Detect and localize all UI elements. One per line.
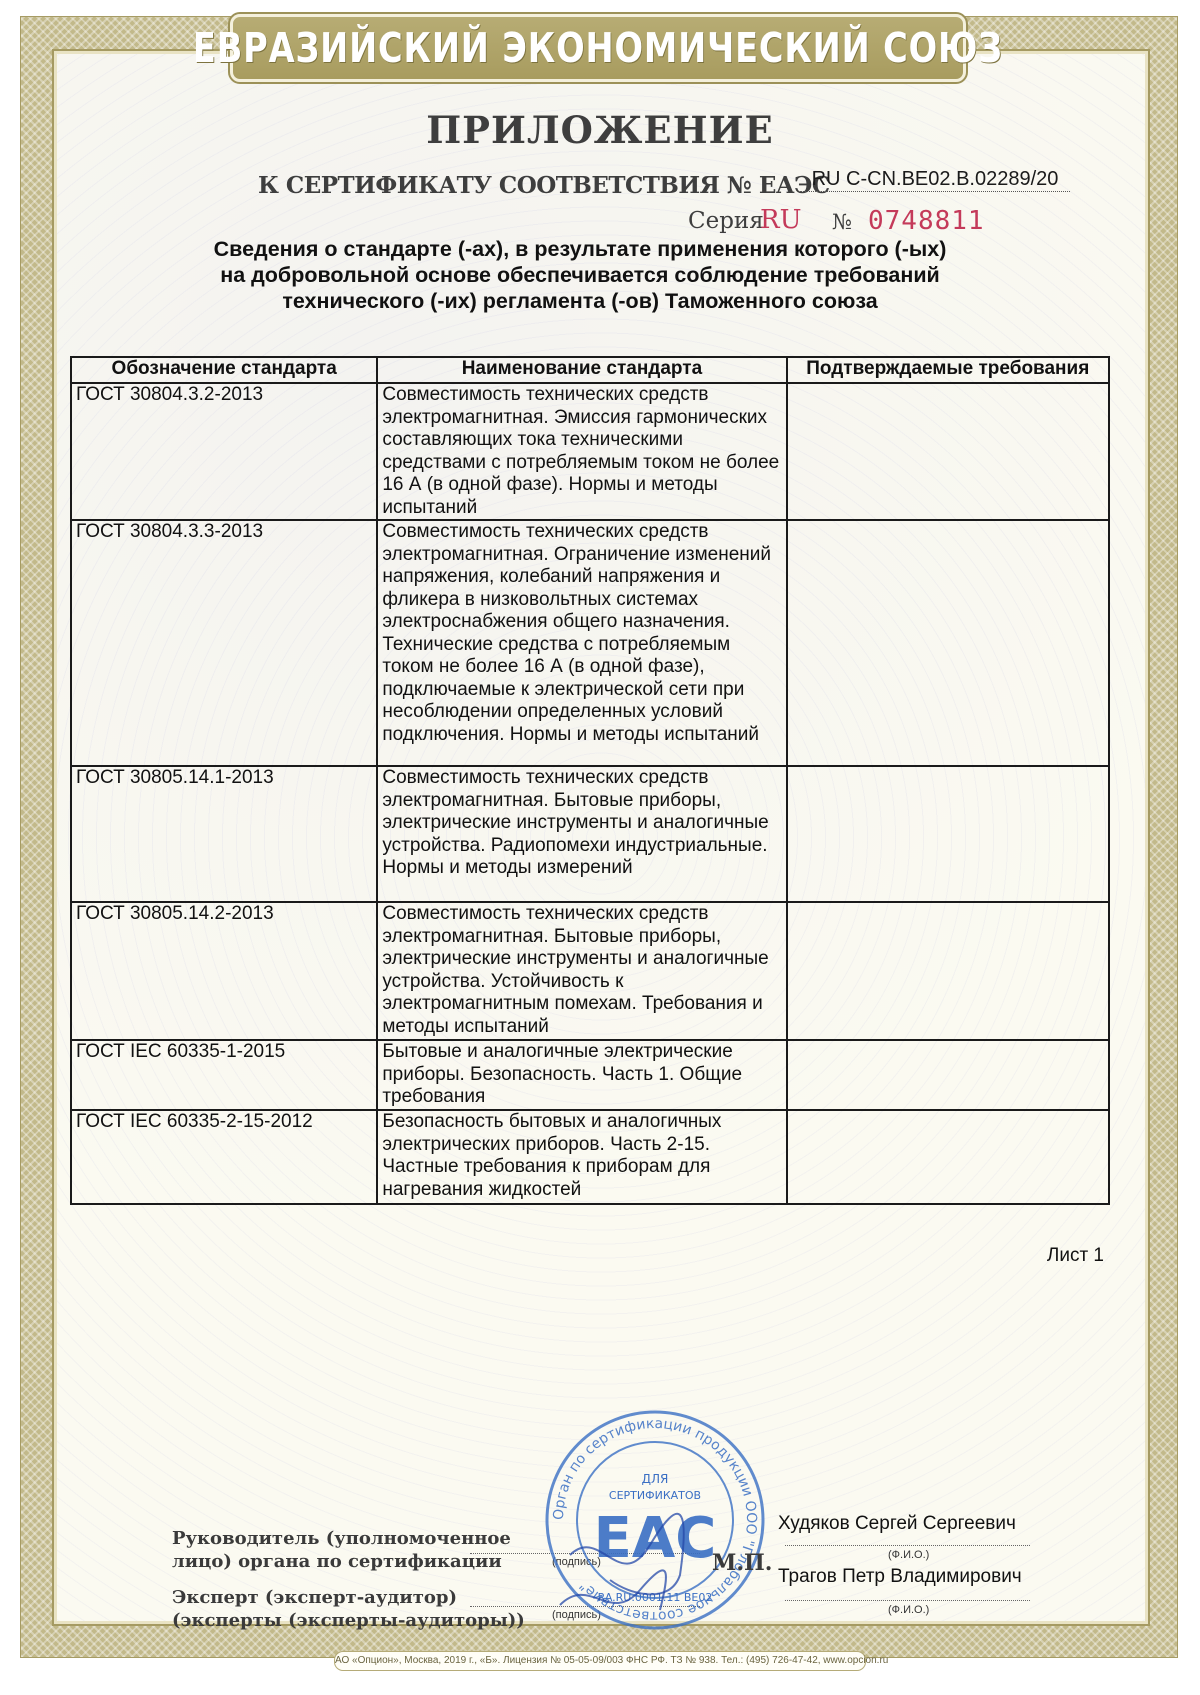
standard-name: Безопасность бытовых и аналогичных элект… (377, 1110, 786, 1204)
head-label-line: Руководитель (уполномоченное (172, 1527, 511, 1550)
standard-designation: ГОСТ IEC 60335-2-15-2012 (71, 1110, 377, 1204)
confirmed-requirements (787, 766, 1110, 902)
head-name-caption: (Ф.И.О.) (888, 1549, 929, 1561)
sheet-number: Лист 1 (1047, 1245, 1104, 1267)
confirmed-requirements (787, 383, 1110, 520)
column-header-name: Наименование стандарта (377, 357, 786, 383)
confirmed-requirements (787, 902, 1110, 1040)
stamp-inner-mid: СЕРТИФИКАТОВ (609, 1489, 701, 1502)
standard-designation: ГОСТ 30805.14.2-2013 (71, 902, 377, 1040)
series-label: Серия (688, 208, 764, 234)
appendix-title: ПРИЛОЖЕНИЕ (0, 108, 1200, 152)
head-label: Руководитель (уполномоченное лицо) орган… (172, 1527, 511, 1573)
number-label: № (832, 210, 852, 234)
table-header-row: Обозначение стандарта Наименование станд… (71, 357, 1109, 383)
standard-name: Бытовые и аналогичные электрические приб… (377, 1040, 786, 1110)
standard-designation: ГОСТ 30804.3.2-2013 (71, 383, 377, 520)
expert-name-caption: (Ф.И.О.) (888, 1604, 929, 1616)
standard-name: Совместимость технических средств электр… (377, 766, 786, 902)
intro-text: Сведения о стандарте (-ах), в результате… (150, 236, 1010, 314)
head-name: Худяков Сергей Сергеевич (778, 1513, 1016, 1535)
standard-name: Совместимость технических средств электр… (377, 902, 786, 1040)
table-row: ГОСТ 30804.3.2-2013 Совместимость технич… (71, 383, 1109, 520)
standard-designation: ГОСТ 30804.3.3-2013 (71, 520, 377, 766)
union-banner: ЕВРАЗИЙСКИЙ ЭКОНОМИЧЕСКИЙ СОЮЗ (230, 14, 966, 82)
expert-label-line: (эксперты (эксперты-аудиторы)) (172, 1609, 525, 1632)
printer-imprint: АО «Опцион», Москва, 2019 г., «Б». Лицен… (334, 1651, 866, 1671)
certification-stamp: Орган по сертификации продукции ООО "Гло… (540, 1405, 770, 1635)
confirmed-requirements (787, 520, 1110, 766)
expert-name-line (785, 1600, 1030, 1601)
table-row: ГОСТ 30804.3.3-2013 Совместимость технич… (71, 520, 1109, 766)
intro-line: на добровольной основе обеспечивается со… (150, 262, 1010, 288)
certificate-prefix: К СЕРТИФИКАТУ СООТВЕТСТВИЯ № ЕАЭС (258, 172, 830, 199)
head-name-line (785, 1545, 1030, 1546)
intro-line: Сведения о стандарте (-ах), в результате… (150, 236, 1010, 262)
expert-name: Трагов Петр Владимирович (778, 1566, 1022, 1588)
confirmed-requirements (787, 1110, 1110, 1204)
table-row: ГОСТ IEC 60335-1-2015 Бытовые и аналогич… (71, 1040, 1109, 1110)
standard-designation: ГОСТ IEC 60335-1-2015 (71, 1040, 377, 1110)
certificate-number: RU C-CN.BE02.B.02289/20 (800, 168, 1070, 192)
union-title: ЕВРАЗИЙСКИЙ ЭКОНОМИЧЕСКИЙ СОЮЗ (193, 24, 1003, 72)
column-header-requirements: Подтверждаемые требования (787, 357, 1110, 383)
series-value: RU (760, 205, 802, 235)
table-row: ГОСТ 30805.14.2-2013 Совместимость техни… (71, 902, 1109, 1040)
standard-designation: ГОСТ 30805.14.1-2013 (71, 766, 377, 902)
confirmed-requirements (787, 1040, 1110, 1110)
standard-name: Совместимость технических средств электр… (377, 383, 786, 520)
table-row: ГОСТ 30805.14.1-2013 Совместимость техни… (71, 766, 1109, 902)
standard-name: Совместимость технических средств электр… (377, 520, 786, 766)
intro-line: технического (-их) регламента (-ов) Тамо… (150, 288, 1010, 314)
head-label-line: лицо) органа по сертификации (172, 1550, 511, 1573)
standards-table: Обозначение стандарта Наименование станд… (70, 356, 1110, 1205)
seal-placeholder: М.П. (712, 1550, 772, 1576)
form-number: 0748811 (868, 206, 985, 236)
expert-label: Эксперт (эксперт-аудитор) (эксперты (экс… (172, 1586, 525, 1632)
stamp-inner-top: ДЛЯ (642, 1472, 669, 1486)
column-header-designation: Обозначение стандарта (71, 357, 377, 383)
table-row: ГОСТ IEC 60335-2-15-2012 Безопасность бы… (71, 1110, 1109, 1204)
